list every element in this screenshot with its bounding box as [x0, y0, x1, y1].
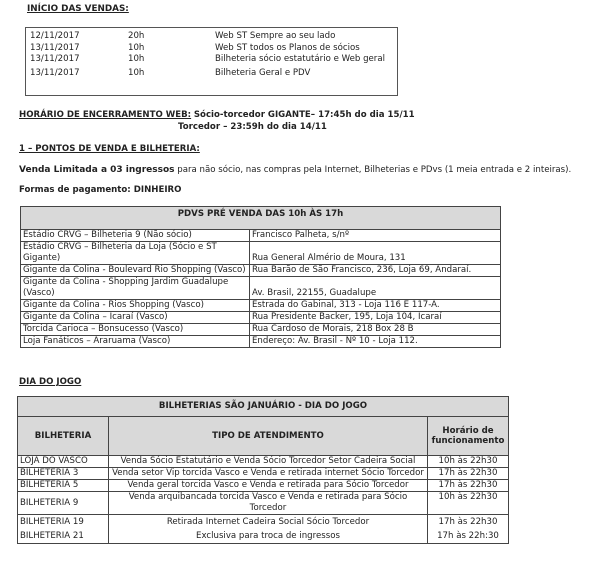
booth-hours-cell: 17h às 22h30 17h às 22h:30 [427, 515, 508, 544]
pdv-location: Gigante da Colina - Boulevard Rio Shoppi… [21, 265, 250, 277]
booth-service-cell: Retirada Internet Cadeira Social Sócio T… [109, 515, 428, 544]
pdv-location: Estádio CRVG – Bilheteria da Loja (Sócio… [21, 242, 250, 265]
column-header-service: TIPO DE ATENDIMENTO [109, 417, 428, 456]
booth-service: Venda arquibancada torcida Vasco e Venda… [109, 492, 428, 515]
pdv-table-title: PDVS PRÉ VENDA DAS 10h ÀS 17h [21, 207, 501, 230]
sale-description: Web ST todos os Planos de sócios [215, 43, 360, 53]
booth-name: BILHETERIA 3 [18, 468, 109, 480]
booth-hours: 17h às 22h30 [427, 468, 508, 480]
pdv-address: Av. Brasil, 22155, Guadalupe [250, 277, 501, 300]
ticket-limit-rest: para não sócio, nas compras pela Interne… [175, 165, 572, 175]
table-row: Estádio CRVG – Bilheteria da Loja (Sócio… [21, 242, 501, 265]
booth-hours: 17h às 22h:30 [430, 529, 506, 543]
column-header-hours: Horário de funcionamento [427, 417, 508, 456]
table-row: Gigante da Colina - Rios Shopping (Vasco… [21, 300, 501, 312]
sale-date: 13/11/2017 [30, 43, 80, 53]
ticket-limit-note: Venda Limitada a 03 ingressos para não s… [19, 165, 571, 176]
pdv-location: Loja Fanáticos – Araruama (Vasco) [21, 336, 250, 348]
sale-description: Bilheteria sócio estatutário e Web geral [215, 54, 385, 64]
booth-name: BILHETERIA 5 [18, 480, 109, 492]
pdv-address: Rua General Almério de Moura, 131 [250, 242, 501, 265]
booth-service: Retirada Internet Cadeira Social Sócio T… [111, 515, 425, 529]
pdv-address: Estrada do Gabinal, 313 - Loja 116 E 117… [250, 300, 501, 312]
pdv-address: Rua Presidente Backer, 195, Loja 104, Ic… [250, 312, 501, 324]
pdv-location: Gigante da Colina – Icaraí (Vasco) [21, 312, 250, 324]
table-row: BILHETERIA 9 Venda arquibancada torcida … [18, 492, 509, 515]
table-row: Gigante da Colina - Shopping Jardim Guad… [21, 277, 501, 300]
table-row: Estádio CRVG – Bilheteria 9 (Não sócio)F… [21, 230, 501, 242]
table-row: Torcida Carioca – Bonsucesso (Vasco)Rua … [21, 324, 501, 336]
sales-start-box: 12/11/2017 20h Web ST Sempre ao seu lado… [25, 27, 398, 96]
booth-hours: 10h às 22h30 [427, 456, 508, 468]
booth-hours: 17h às 22h30 [427, 480, 508, 492]
sale-date: 13/11/2017 [30, 54, 80, 64]
game-day-table-title: BILHETERIAS SÃO JANUÁRIO - DIA DO JOGO [18, 397, 509, 417]
column-header-booth: BILHETERIA [18, 417, 109, 456]
booth-name: LOJA DO VASCO [18, 456, 109, 468]
booth-hours: 17h às 22h30 [430, 515, 506, 529]
sales-start-heading: INÍCIO DAS VENDAS: [27, 4, 129, 15]
table-row: BILHETERIA 5 Venda geral torcida Vasco e… [18, 480, 509, 492]
pdv-location: Estádio CRVG – Bilheteria 9 (Não sócio) [21, 230, 250, 242]
pdv-table: PDVS PRÉ VENDA DAS 10h ÀS 17h Estádio CR… [20, 206, 501, 348]
game-day-heading: DIA DO JOGO [19, 377, 81, 387]
table-row: BILHETERIA 3 Venda setor Vip torcida Vas… [18, 468, 509, 480]
booth-hours: 10h às 22h30 [427, 492, 508, 515]
pdv-address: Endereço: Av. Brasil - Nº 10 - Loja 112. [250, 336, 501, 348]
sale-time: 10h [128, 43, 144, 53]
ticket-limit-bold: Venda Limitada a 03 ingressos [19, 165, 175, 175]
booth-name-cell: BILHETERIA 19 BILHETERIA 21 [18, 515, 109, 544]
payment-methods: Formas de pagamento: DINHEIRO [19, 185, 181, 195]
web-closing-member: Sócio-torcedor GIGANTE– 17:45h do dia 15… [194, 110, 415, 120]
booth-name: BILHETERIA 9 [18, 492, 109, 515]
sale-description: Bilheteria Geral e PDV [215, 68, 310, 78]
web-closing-line: HORÁRIO DE ENCERRAMENTO WEB: Sócio-torce… [19, 110, 415, 120]
sale-description: Web ST Sempre ao seu lado [215, 31, 335, 41]
booth-service: Exclusiva para troca de ingressos [111, 529, 425, 543]
web-closing-fan: Torcedor – 23:59h do dia 14/11 [178, 122, 327, 132]
pdv-location: Torcida Carioca – Bonsucesso (Vasco) [21, 324, 250, 336]
sale-time: 10h [128, 54, 144, 64]
booth-service: Venda geral torcida Vasco e Venda e reti… [109, 480, 428, 492]
table-row: BILHETERIA 19 BILHETERIA 21 Retirada Int… [18, 515, 509, 544]
pdv-location: Gigante da Colina - Shopping Jardim Guad… [21, 277, 250, 300]
pdv-location: Gigante da Colina - Rios Shopping (Vasco… [21, 300, 250, 312]
table-row: LOJA DO VASCO Venda Sócio Estatutário e … [18, 456, 509, 468]
points-of-sale-heading: 1 – PONTOS DE VENDA E BILHETERIA: [19, 144, 200, 154]
game-day-table: BILHETERIAS SÃO JANUÁRIO - DIA DO JOGO B… [17, 396, 509, 544]
pdv-address: Francisco Palheta, s/nº [250, 230, 501, 242]
table-row: Loja Fanáticos – Araruama (Vasco)Endereç… [21, 336, 501, 348]
table-row: Gigante da Colina - Boulevard Rio Shoppi… [21, 265, 501, 277]
booth-name: BILHETERIA 21 [20, 529, 106, 543]
sale-date: 12/11/2017 [30, 31, 80, 41]
web-closing-label: HORÁRIO DE ENCERRAMENTO WEB: [19, 110, 191, 120]
sale-time: 10h [128, 68, 144, 78]
sale-date: 13/11/2017 [30, 68, 80, 78]
sale-time: 20h [128, 31, 144, 41]
booth-service: Venda setor Vip torcida Vasco e Venda e … [109, 468, 428, 480]
pdv-address: Rua Cardoso de Morais, 218 Box 28 B [250, 324, 501, 336]
booth-service: Venda Sócio Estatutário e Venda Sócio To… [109, 456, 428, 468]
table-row: Gigante da Colina – Icaraí (Vasco)Rua Pr… [21, 312, 501, 324]
booth-name: BILHETERIA 19 [20, 515, 106, 529]
pdv-address: Rua Barão de São Francisco, 236, Loja 69… [250, 265, 501, 277]
